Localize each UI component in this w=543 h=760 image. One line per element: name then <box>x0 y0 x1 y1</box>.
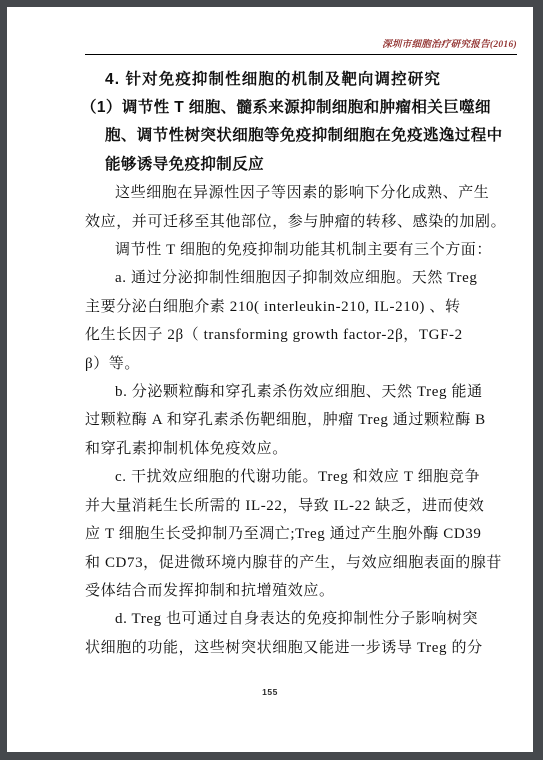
page-content: 深圳市细胞治疗研究报告(2016) 4. 针对免疫抑制性细胞的机制及靶向调控研究… <box>7 39 533 662</box>
body-line: β）等。 <box>85 350 517 378</box>
body-line: 调节性 T 细胞的免疫抑制功能其机制主要有三个方面： <box>85 236 517 264</box>
body-line: 这些细胞在异源性因子等因素的影响下分化成熟、产生 <box>85 179 517 207</box>
section-title: 4. 针对免疫抑制性细胞的机制及靶向调控研究 <box>105 65 517 94</box>
body-line: d. Treg 也可通过自身表达的免疫抑制性分子影响树突 <box>85 605 517 633</box>
body-line: 并大量消耗生长所需的 IL-22，导致 IL-22 缺乏，进而使效 <box>85 492 517 520</box>
body-line: 状细胞的功能，这些树突状细胞又能进一步诱导 Treg 的分 <box>85 634 517 662</box>
body-line: c. 干扰效应细胞的代谢功能。Treg 和效应 T 细胞竞争 <box>85 463 517 491</box>
running-header: 深圳市细胞治疗研究报告(2016) <box>85 39 517 51</box>
header-rule-line <box>85 54 517 55</box>
body-line: a. 通过分泌抑制性细胞因子抑制效应细胞。天然 Treg <box>85 264 517 292</box>
body-line: 和穿孔素抑制机体免疫效应。 <box>85 435 517 463</box>
body-line: 和 CD73，促进微环境内腺苷的产生，与效应细胞表面的腺苷 <box>85 549 517 577</box>
document-page: 深圳市细胞治疗研究报告(2016) 4. 针对免疫抑制性细胞的机制及靶向调控研究… <box>7 7 533 752</box>
subsection-heading-line: （1）调节性 T 细胞、髓系来源抑制细胞和肿瘤相关巨噬细 <box>81 94 517 122</box>
body-line: 受体结合而发挥抑制和抗增殖效应。 <box>85 577 517 605</box>
body-line: 主要分泌白细胞介素 210( interleukin-210, IL-210) … <box>85 293 517 321</box>
body-line: 化生长因子 2β（ transforming growth factor-2β，… <box>85 321 517 349</box>
body-line: 效应，并可迁移至其他部位，参与肿瘤的转移、感染的加剧。 <box>85 208 517 236</box>
subsection-heading-line: 胞、调节性树突状细胞等免疫抑制细胞在免疫逃逸过程中 <box>105 122 517 150</box>
page-number: 155 <box>7 687 533 697</box>
body-line: b. 分泌颗粒酶和穿孔素杀伤效应细胞、天然 Treg 能通 <box>85 378 517 406</box>
subsection-heading-line: 能够诱导免疫抑制反应 <box>105 151 517 179</box>
body-line: 过颗粒酶 A 和穿孔素杀伤靶细胞，肿瘤 Treg 通过颗粒酶 B <box>85 406 517 434</box>
body-line: 应 T 细胞生长受抑制乃至凋亡;Treg 通过产生胞外酶 CD39 <box>85 520 517 548</box>
